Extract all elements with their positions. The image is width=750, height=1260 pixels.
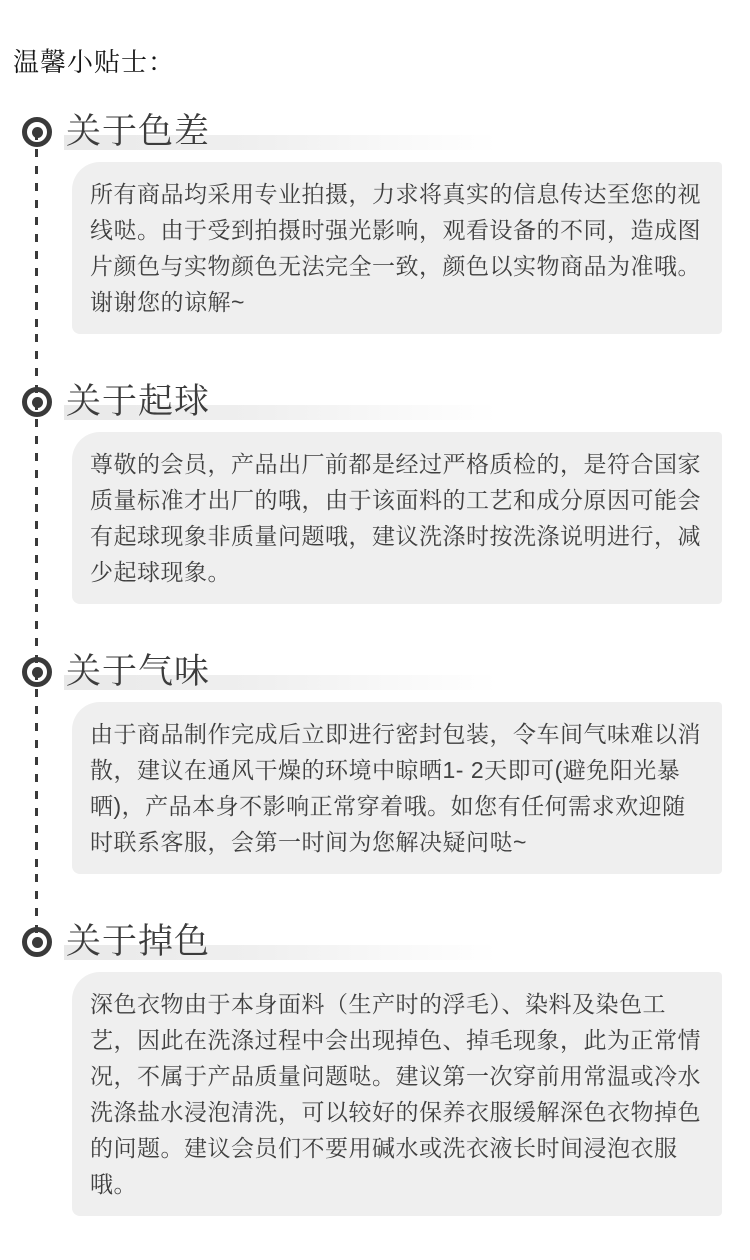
section-color-fading: 关于掉色 深色衣物由于本身面料（生产时的浮毛）、染料及染色工艺，因此在洗涤过程中… xyxy=(0,874,750,1216)
timeline-dashed-line xyxy=(35,132,38,334)
section-heading: 关于色差 xyxy=(66,108,750,156)
section-header: 关于色差 xyxy=(64,108,750,156)
tip-box: 由于商品制作完成后立即进行密封包装，令车间气味难以消散，建议在通风干燥的环境中晾… xyxy=(72,702,722,874)
tip-text: 由于商品制作完成后立即进行密封包装，令车间气味难以消散，建议在通风干燥的环境中晾… xyxy=(90,716,706,860)
timeline-dashed-line xyxy=(35,604,38,874)
section-color-difference: 关于色差 所有商品均采用专业拍摄，力求将真实的信息传达至您的视线哒。由于受到拍摄… xyxy=(0,78,750,334)
tip-text: 深色衣物由于本身面料（生产时的浮毛）、染料及染色工艺，因此在洗涤过程中会出现掉色… xyxy=(90,986,706,1202)
timeline-bullet-icon xyxy=(22,927,52,957)
timeline-rail xyxy=(0,78,64,334)
section-content: 关于起球 尊敬的会员，产品出厂前都是经过严格质检的，是符合国家质量标准才出厂的哦… xyxy=(64,334,750,604)
bottom-spacer xyxy=(0,1216,750,1260)
timeline-bullet-icon xyxy=(22,657,52,687)
tip-box: 深色衣物由于本身面料（生产时的浮毛）、染料及染色工艺，因此在洗涤过程中会出现掉色… xyxy=(72,972,722,1216)
timeline-bullet-icon xyxy=(22,387,52,417)
section-header: 关于掉色 xyxy=(64,918,750,966)
timeline-rail xyxy=(0,604,64,874)
section-heading: 关于起球 xyxy=(66,378,750,426)
section-pilling: 关于起球 尊敬的会员，产品出厂前都是经过严格质检的，是符合国家质量标准才出厂的哦… xyxy=(0,334,750,604)
section-content: 关于气味 由于商品制作完成后立即进行密封包装，令车间气味难以消散，建议在通风干燥… xyxy=(64,604,750,874)
section-heading: 关于气味 xyxy=(66,648,750,696)
section-odor: 关于气味 由于商品制作完成后立即进行密封包装，令车间气味难以消散，建议在通风干燥… xyxy=(0,604,750,874)
section-header: 关于起球 xyxy=(64,378,750,426)
page-title: 温馨小贴士： xyxy=(0,0,750,78)
tip-box: 尊敬的会员，产品出厂前都是经过严格质检的，是符合国家质量标准才出厂的哦，由于该面… xyxy=(72,432,722,604)
bullet-dot-icon xyxy=(32,937,43,948)
tip-text: 所有商品均采用专业拍摄，力求将真实的信息传达至您的视线哒。由于受到拍摄时强光影响… xyxy=(90,176,706,320)
tip-box: 所有商品均采用专业拍摄，力求将真实的信息传达至您的视线哒。由于受到拍摄时强光影响… xyxy=(72,162,722,334)
timeline-rail xyxy=(0,874,64,1216)
bullet-dot-icon xyxy=(32,397,43,408)
tip-text: 尊敬的会员，产品出厂前都是经过严格质检的，是符合国家质量标准才出厂的哦，由于该面… xyxy=(90,446,706,590)
timeline-bullet-icon xyxy=(22,117,52,147)
section-heading: 关于掉色 xyxy=(66,918,750,966)
bullet-dot-icon xyxy=(32,667,43,678)
tips-page: 温馨小贴士： 关于色差 所有商品均采用专业拍摄，力求将真实的信息传达至您的视线哒… xyxy=(0,0,750,1260)
section-header: 关于气味 xyxy=(64,648,750,696)
bullet-dot-icon xyxy=(32,127,43,138)
timeline-rail xyxy=(0,334,64,604)
timeline-dashed-line xyxy=(35,334,38,604)
section-content: 关于色差 所有商品均采用专业拍摄，力求将真实的信息传达至您的视线哒。由于受到拍摄… xyxy=(64,78,750,334)
section-content: 关于掉色 深色衣物由于本身面料（生产时的浮毛）、染料及染色工艺，因此在洗涤过程中… xyxy=(64,874,750,1216)
